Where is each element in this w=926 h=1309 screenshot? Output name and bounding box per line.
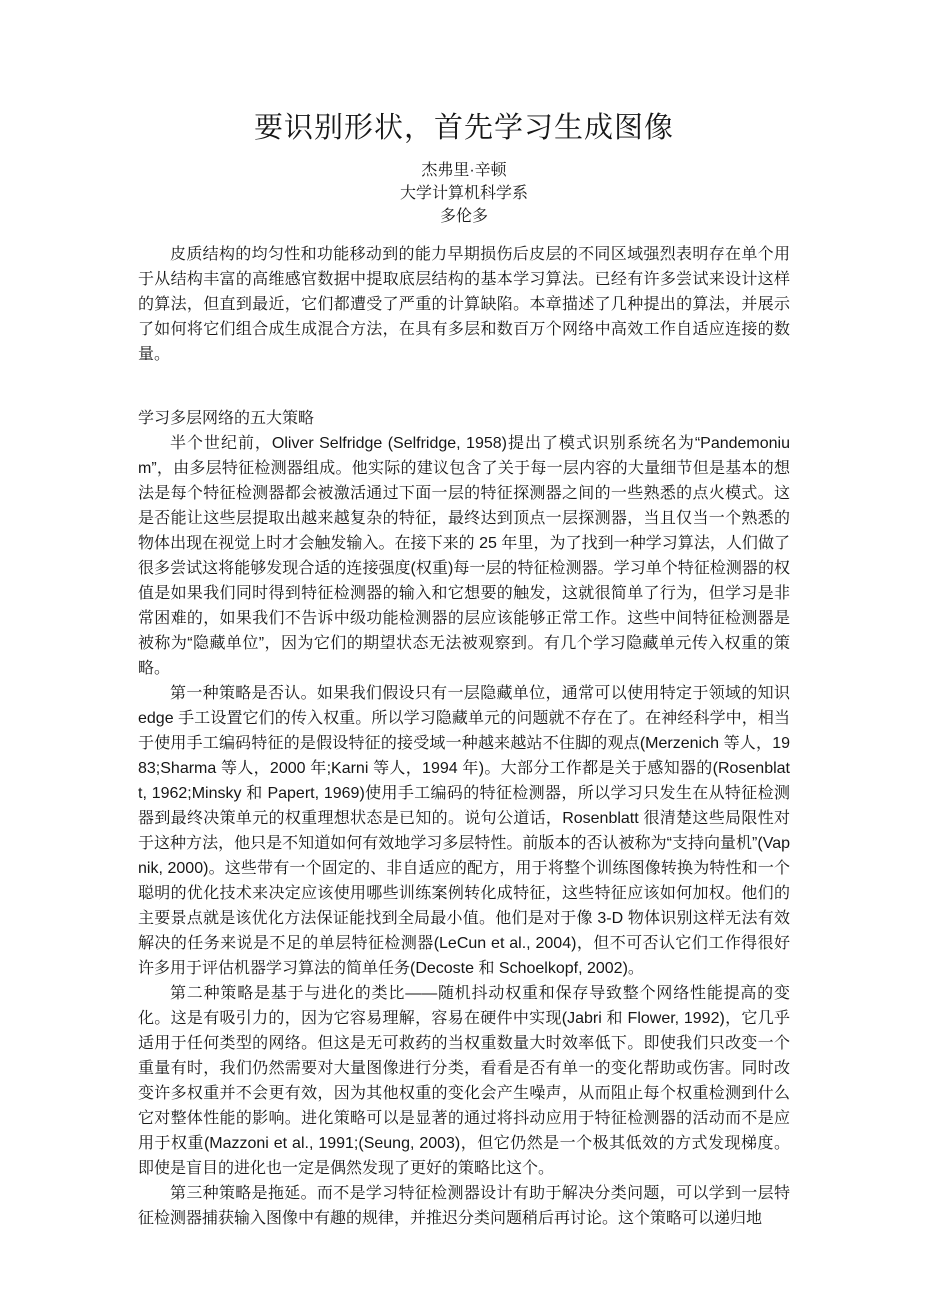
abstract-paragraph: 皮质结构的均匀性和功能移动到的能力早期损伤后皮层的不同区域强烈表明存在单个用于从… [138, 242, 790, 367]
author-name: 杰弗里·辛顿 [138, 159, 790, 182]
section-heading: 学习多层网络的五大策略 [138, 406, 790, 431]
document-page: 要识别形状，首先学习生成图像 杰弗里·辛顿 大学计算机科学系 多伦多 皮质结构的… [0, 0, 926, 1309]
body-paragraph-2: 第一种策略是否认。如果我们假设只有一层隐藏单位，通常可以使用特定于领域的知识 e… [138, 681, 790, 981]
paper-title: 要识别形状，首先学习生成图像 [138, 110, 790, 146]
body-paragraph-1: 半个世纪前，Oliver Selfridge (Selfridge, 1958)… [138, 431, 790, 681]
body-paragraph-3: 第二种策略是基于与进化的类比——随机抖动权重和保存导致整个网络性能提高的变化。这… [138, 981, 790, 1181]
city: 多伦多 [138, 205, 790, 228]
body-paragraph-4: 第三种策略是拖延。而不是学习特征检测器设计有助于解决分类问题，可以学到一层特征检… [138, 1181, 790, 1231]
affiliation: 大学计算机科学系 [138, 182, 790, 205]
